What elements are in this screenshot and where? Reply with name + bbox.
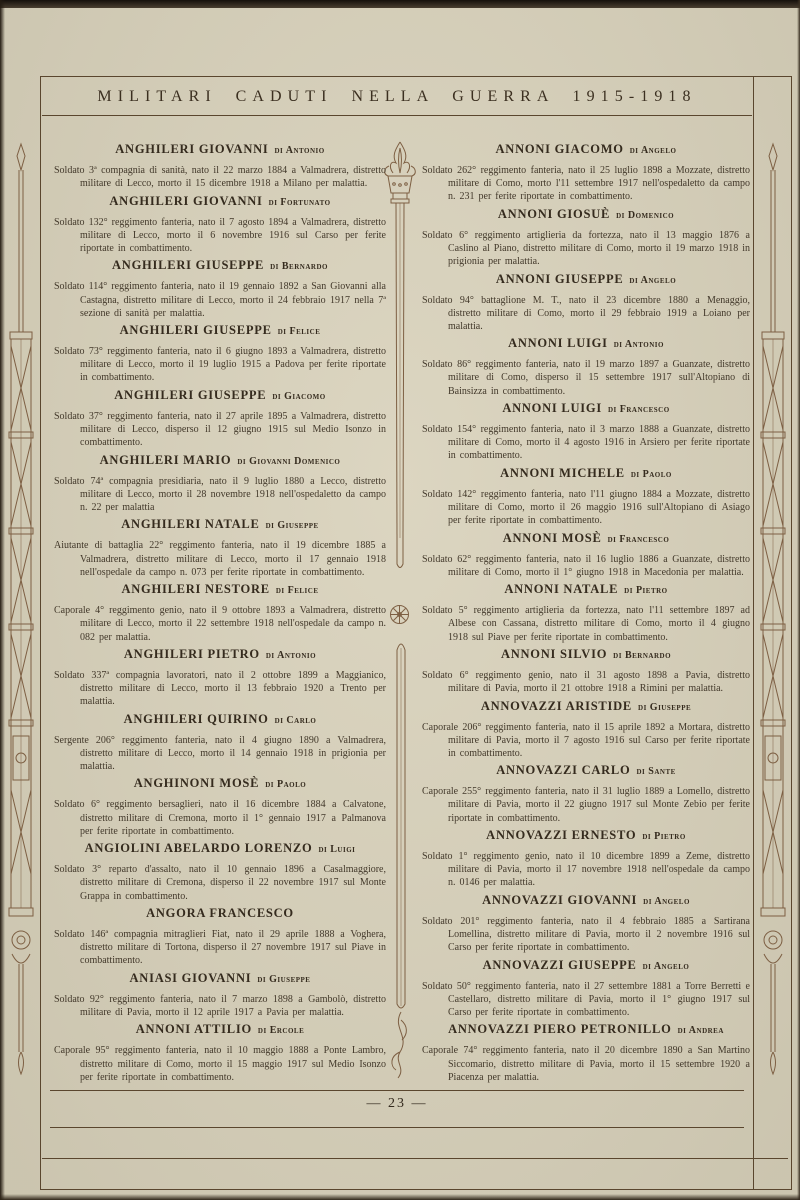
soldier-name: ANGHILERI GIOVANNI: [109, 194, 262, 208]
memorial-entry: ANNOVAZZI ERNESTO di Pietro Soldato 1° r…: [422, 828, 750, 890]
soldier-name-heading: ANGHILERI NATALE di Giuseppe: [54, 517, 386, 532]
soldier-record-text: Soldato 5° reggimento artiglieria da for…: [422, 604, 750, 644]
soldier-name: ANNONI MOSÈ: [503, 531, 602, 545]
memorial-entry: ANGHILERI GIUSEPPE di Bernardo Soldato 1…: [54, 258, 386, 320]
soldier-name-heading: ANNOVAZZI ERNESTO di Pietro: [422, 828, 750, 843]
soldier-record-text: Soldato 1° reggimento genio, nato il 10 …: [422, 850, 750, 890]
memorial-entry: ANNONI MICHELE di Paolo Soldato 142° reg…: [422, 466, 750, 528]
soldier-record-text: Soldato 6° reggimento artiglieria da for…: [422, 229, 750, 269]
soldier-name-heading: ANNOVAZZI GIUSEPPE di Angelo: [422, 958, 750, 973]
soldier-record-text: Soldato 6° reggimento genio, nato il 31 …: [422, 669, 750, 695]
memorial-entry: ANNONI NATALE di Pietro Soldato 5° reggi…: [422, 582, 750, 644]
soldier-name: ANNONI ATTILIO: [136, 1022, 252, 1036]
page-photo-edge-top: [0, 0, 800, 8]
soldier-name: ANNONI SILVIO: [501, 647, 607, 661]
soldier-name-heading: ANNOVAZZI PIERO PETRONILLO di Andrea: [422, 1022, 750, 1037]
soldier-patronymic: di Francesco: [605, 404, 670, 415]
soldier-name-heading: ANNONI LUIGI di Antonio: [422, 336, 750, 351]
soldier-patronymic: di Giovanni Domenico: [234, 456, 340, 467]
soldier-name: ANNOVAZZI CARLO: [496, 763, 630, 777]
soldier-name-heading: ANNONI MOSÈ di Francesco: [422, 531, 750, 546]
soldier-name: ANNONI NATALE: [504, 582, 618, 596]
footer-rule-top: [50, 1090, 744, 1091]
inner-right-rule: [753, 76, 754, 1189]
soldier-patronymic: di Domenico: [613, 210, 674, 221]
soldier-name-heading: ANGHILERI MARIO di Giovanni Domenico: [54, 453, 386, 468]
soldier-patronymic: di Bernardo: [610, 650, 671, 661]
soldier-patronymic: di Giacomo: [269, 391, 325, 402]
memorial-entry: ANGHILERI NATALE di Giuseppe Aiutante di…: [54, 517, 386, 579]
soldier-record-text: Caporale 74° reggimento fanteria, nato i…: [422, 1044, 750, 1084]
soldier-name-heading: ANGHILERI NESTORE di Felice: [54, 582, 386, 597]
memorial-entry: ANNONI LUIGI di Antonio Soldato 86° regg…: [422, 336, 750, 398]
header-band: MILITARI CADUTI NELLA GUERRA 1915-1918: [42, 78, 752, 116]
soldier-name-heading: ANGHILERI GIUSEPPE di Giacomo: [54, 388, 386, 403]
soldier-name-heading: ANGHILERI GIUSEPPE di Felice: [54, 323, 386, 338]
soldier-name: ANGHINONI MOSÈ: [134, 776, 259, 790]
soldier-patronymic: di Bernardo: [267, 261, 328, 272]
soldier-record-text: Soldato 154° reggimento fanteria, nato i…: [422, 423, 750, 463]
soldier-name: ANNONI GIACOMO: [496, 142, 624, 156]
soldier-patronymic: di Antonio: [272, 145, 325, 156]
soldier-record-text: Soldato 74ª compagnia presidiaria, nato …: [54, 475, 386, 515]
soldier-patronymic: di Angelo: [640, 961, 690, 972]
soldier-name: ANGHILERI GIUSEPPE: [114, 388, 266, 402]
memorial-entry: ANGHILERI QUIRINO di Carlo Sergente 206°…: [54, 712, 386, 774]
soldier-name-heading: ANGHINONI MOSÈ di Paolo: [54, 776, 386, 791]
soldier-record-text: Caporale 206° reggimento fanteria, nato …: [422, 721, 750, 761]
soldier-patronymic: di Antonio: [263, 650, 316, 661]
memorial-entry: ANNONI LUIGI di Francesco Soldato 154° r…: [422, 401, 750, 463]
soldier-record-text: Soldato 50° reggimento fanteria, nato il…: [422, 980, 750, 1020]
soldier-record-text: Soldato 62° reggimento fanteria, nato il…: [422, 553, 750, 579]
soldier-record-text: Soldato 73° reggimento fanteria, nato il…: [54, 345, 386, 385]
soldier-name: ANNONI GIOSUÈ: [498, 207, 610, 221]
soldier-record-text: Soldato 337ª compagnia lavoratori, nato …: [54, 669, 386, 709]
soldier-name: ANNONI LUIGI: [508, 336, 608, 350]
soldier-name: ANGORA FRANCESCO: [146, 906, 294, 920]
soldier-name-heading: ANGORA FRANCESCO: [54, 906, 386, 921]
soldier-name: ANGHILERI GIUSEPPE: [120, 323, 272, 337]
memorial-entry: ANNONI ATTILIO di Ercole Caporale 95° re…: [54, 1022, 386, 1084]
soldier-name-heading: ANGHILERI PIETRO di Antonio: [54, 647, 386, 662]
memorial-entry: ANGHILERI GIOVANNI di Fortunato Soldato …: [54, 194, 386, 256]
soldier-record-text: Caporale 4° reggimento genio, nato il 9 …: [54, 604, 386, 644]
memorial-entry: ANGIOLINI ABELARDO LORENZO di Luigi Sold…: [54, 841, 386, 903]
memorial-entry: ANIASI GIOVANNI di Giuseppe Soldato 92° …: [54, 971, 386, 1019]
soldier-patronymic: di Giuseppe: [263, 520, 319, 531]
soldier-name-heading: ANNONI SILVIO di Bernardo: [422, 647, 750, 662]
bottom-frame-rule: [42, 1158, 788, 1159]
soldier-name-heading: ANGHILERI GIOVANNI di Fortunato: [54, 194, 386, 209]
soldier-record-text: Soldato 92° reggimento fanteria, nato il…: [54, 993, 386, 1019]
soldier-patronymic: di Felice: [275, 326, 321, 337]
soldier-record-text: Soldato 37° reggimento fanteria, nato il…: [54, 410, 386, 450]
soldier-record-text: Soldato 6° reggimento bersaglieri, nato …: [54, 798, 386, 838]
memorial-entry: ANNONI MOSÈ di Francesco Soldato 62° reg…: [422, 531, 750, 579]
soldier-patronymic: di Fortunato: [266, 197, 331, 208]
soldier-name: ANIASI GIOVANNI: [130, 971, 252, 985]
soldier-record-text: Aiutante di battaglia 22° reggimento fan…: [54, 539, 386, 579]
scroll-flourish-icon: [388, 634, 414, 1080]
soldier-name: ANNONI GIUSEPPE: [496, 272, 624, 286]
soldier-name: ANNOVAZZI ARISTIDE: [481, 699, 632, 713]
soldier-record-text: Soldato 132° reggimento fanteria, nato i…: [54, 216, 386, 256]
soldier-record-text: Soldato 142° reggimento fanteria, nato l…: [422, 488, 750, 528]
memorial-entry: ANGHILERI GIUSEPPE di Felice Soldato 73°…: [54, 323, 386, 385]
soldier-name: ANNOVAZZI ERNESTO: [486, 828, 636, 842]
memorial-entry: ANGHILERI GIOVANNI di Antonio Soldato 3ª…: [54, 142, 386, 190]
soldier-name: ANGHILERI NATALE: [121, 517, 259, 531]
memorial-entry: ANNONI SILVIO di Bernardo Soldato 6° reg…: [422, 647, 750, 695]
soldier-patronymic: di Andrea: [675, 1025, 724, 1036]
soldier-name-heading: ANGHILERI GIOVANNI di Antonio: [54, 142, 386, 157]
memorial-entry: ANGORA FRANCESCO Soldato 146ª compagnia …: [54, 906, 386, 968]
soldier-patronymic: di Felice: [273, 585, 319, 596]
soldier-patronymic: di Paolo: [262, 779, 306, 790]
soldier-name-heading: ANGIOLINI ABELARDO LORENZO di Luigi: [54, 841, 386, 856]
page-photo-edge-bottom: [0, 1194, 800, 1200]
soldier-patronymic: di Luigi: [315, 844, 355, 855]
memorial-entry: ANNOVAZZI ARISTIDE di Giuseppe Caporale …: [422, 699, 750, 761]
soldier-record-text: Sergente 206° reggimento fanteria, nato …: [54, 734, 386, 774]
soldier-patronymic: di Ercole: [255, 1025, 304, 1036]
fasces-border-icon: [6, 140, 36, 1085]
soldier-name: ANNONI MICHELE: [500, 466, 625, 480]
soldier-name-heading: ANNONI GIUSEPPE di Angelo: [422, 272, 750, 287]
memorial-entry: ANNONI GIOSUÈ di Domenico Soldato 6° reg…: [422, 207, 750, 269]
page-title: MILITARI CADUTI NELLA GUERRA 1915-1918: [97, 88, 696, 106]
soldier-name: ANGHILERI PIETRO: [124, 647, 260, 661]
soldier-name-heading: ANGHILERI QUIRINO di Carlo: [54, 712, 386, 727]
soldier-patronymic: di Angelo: [627, 145, 677, 156]
column-right: ANNONI GIACOMO di Angelo Soldato 262° re…: [422, 142, 750, 1084]
memorial-entry: ANGHILERI MARIO di Giovanni Domenico Sol…: [54, 453, 386, 515]
soldier-name: ANNOVAZZI GIOVANNI: [482, 893, 637, 907]
soldier-name-heading: ANIASI GIOVANNI di Giuseppe: [54, 971, 386, 986]
column-left: ANGHILERI GIOVANNI di Antonio Soldato 3ª…: [54, 142, 386, 1084]
torch-icon: [382, 140, 418, 576]
soldier-patronymic: di Pietro: [621, 585, 667, 596]
soldier-name-heading: ANNONI GIOSUÈ di Domenico: [422, 207, 750, 222]
soldier-name-heading: ANNONI LUIGI di Francesco: [422, 401, 750, 416]
rosette-icon: [389, 604, 410, 625]
soldier-name-heading: ANNONI ATTILIO di Ercole: [54, 1022, 386, 1037]
soldier-name: ANNONI LUIGI: [502, 401, 602, 415]
memorial-entry: ANNONI GIUSEPPE di Angelo Soldato 94° ba…: [422, 272, 750, 334]
soldier-name-heading: ANNONI GIACOMO di Angelo: [422, 142, 750, 157]
memorial-book-page: MILITARI CADUTI NELLA GUERRA 1915-1918: [0, 0, 800, 1200]
soldier-patronymic: di Giuseppe: [254, 974, 310, 985]
memorial-entry: ANGHINONI MOSÈ di Paolo Soldato 6° reggi…: [54, 776, 386, 838]
soldier-name: ANGHILERI GIUSEPPE: [112, 258, 264, 272]
fasces-border-icon: [758, 140, 788, 1085]
footer-rule-bottom: [50, 1127, 744, 1128]
soldier-name-heading: ANNOVAZZI GIOVANNI di Angelo: [422, 893, 750, 908]
soldier-name-heading: ANNONI MICHELE di Paolo: [422, 466, 750, 481]
soldier-patronymic: di Paolo: [628, 469, 672, 480]
soldier-name: ANGHILERI MARIO: [100, 453, 232, 467]
soldier-patronymic: di Antonio: [611, 339, 664, 350]
soldier-record-text: Soldato 3ª compagnia di sanità, nato il …: [54, 164, 386, 190]
soldier-name-heading: ANNOVAZZI CARLO di Sante: [422, 763, 750, 778]
soldier-name: ANNOVAZZI GIUSEPPE: [483, 958, 637, 972]
soldier-record-text: Soldato 262° reggimento fanteria, nato i…: [422, 164, 750, 204]
soldier-patronymic: di Giuseppe: [635, 702, 691, 713]
memorial-entry: ANNOVAZZI CARLO di Sante Caporale 255° r…: [422, 763, 750, 825]
soldier-name-heading: ANNONI NATALE di Pietro: [422, 582, 750, 597]
soldier-patronymic: di Carlo: [272, 715, 317, 726]
soldier-name: ANGHILERI QUIRINO: [124, 712, 269, 726]
soldier-record-text: Soldato 201° reggimento fanteria, nato i…: [422, 915, 750, 955]
page-number: — 23 —: [50, 1096, 744, 1112]
memorial-entry: ANNONI GIACOMO di Angelo Soldato 262° re…: [422, 142, 750, 204]
soldier-record-text: Soldato 146ª compagnia mitraglieri Fiat,…: [54, 928, 386, 968]
soldier-record-text: Caporale 95° reggimento fanteria, nato i…: [54, 1044, 386, 1084]
soldier-patronymic: di Angelo: [640, 896, 690, 907]
memorial-entry: ANGHILERI NESTORE di Felice Caporale 4° …: [54, 582, 386, 644]
memorial-entry: ANGHILERI GIUSEPPE di Giacomo Soldato 37…: [54, 388, 386, 450]
soldier-record-text: Soldato 114° reggimento fanteria, nato i…: [54, 280, 386, 320]
soldier-patronymic: di Pietro: [639, 831, 685, 842]
memorial-entry: ANGHILERI PIETRO di Antonio Soldato 337ª…: [54, 647, 386, 709]
soldier-name: ANGHILERI GIOVANNI: [115, 142, 268, 156]
soldier-name-heading: ANNOVAZZI ARISTIDE di Giuseppe: [422, 699, 750, 714]
soldier-patronymic: di Francesco: [605, 534, 670, 545]
soldier-name: ANGIOLINI ABELARDO LORENZO: [85, 841, 313, 855]
soldier-name-heading: ANGHILERI GIUSEPPE di Bernardo: [54, 258, 386, 273]
memorial-entry: ANNOVAZZI GIOVANNI di Angelo Soldato 201…: [422, 893, 750, 955]
page-photo-edge-left: [0, 0, 5, 1200]
soldier-record-text: Caporale 255° reggimento fanteria, nato …: [422, 785, 750, 825]
soldier-record-text: Soldato 86° reggimento fanteria, nato il…: [422, 358, 750, 398]
memorial-entry: ANNOVAZZI PIERO PETRONILLO di Andrea Cap…: [422, 1022, 750, 1084]
soldier-name: ANGHILERI NESTORE: [121, 582, 269, 596]
memorial-entry: ANNOVAZZI GIUSEPPE di Angelo Soldato 50°…: [422, 958, 750, 1020]
soldier-patronymic: di Sante: [634, 766, 676, 777]
soldier-record-text: Soldato 3° reparto d'assalto, nato il 10…: [54, 863, 386, 903]
soldier-patronymic: di Angelo: [626, 275, 676, 286]
soldier-record-text: Soldato 94° battaglione M. T., nato il 2…: [422, 294, 750, 334]
soldier-name: ANNOVAZZI PIERO PETRONILLO: [448, 1022, 671, 1036]
